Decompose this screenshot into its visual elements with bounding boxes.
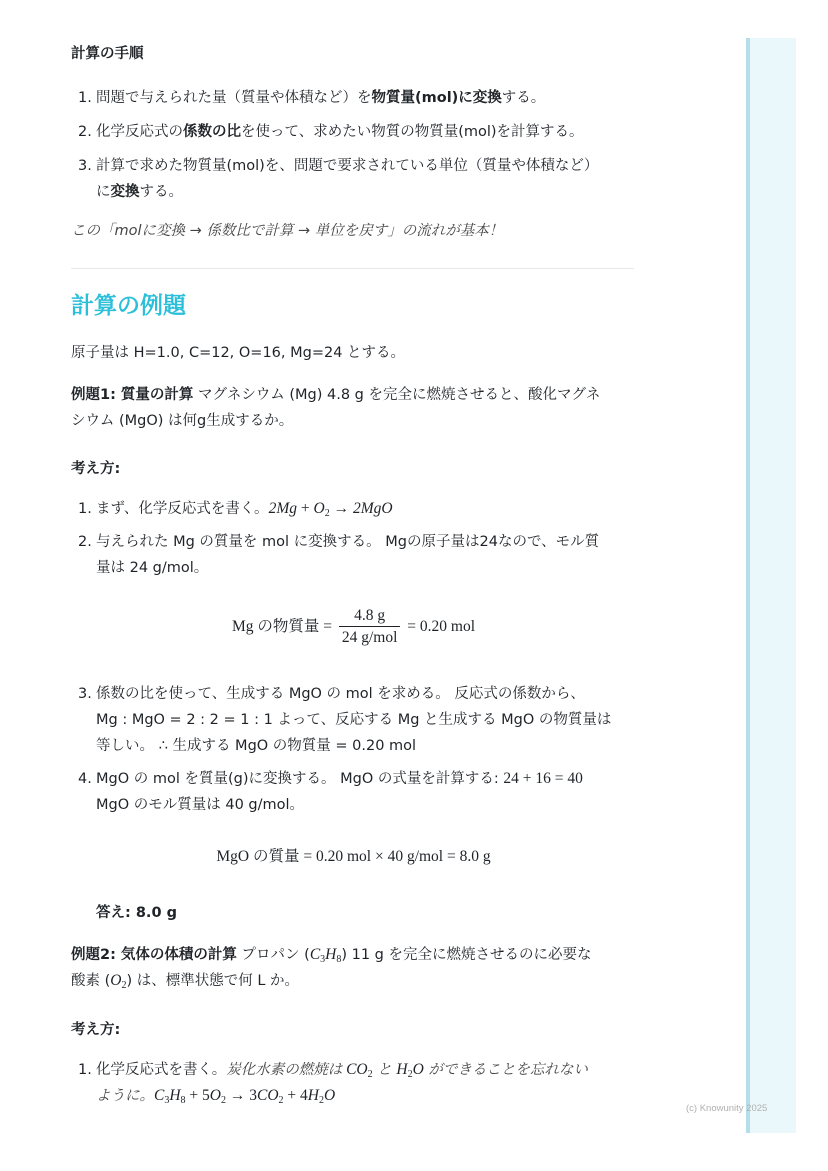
step-item: 3. 計算で求めた物質量(mol)を、問題で要求されている単位（質量や体積など）… [71,153,636,205]
example1-answer: 答え: 8.0 g [96,900,661,926]
divider [71,268,634,269]
reaction-equation: 2Mg + O2 → 2MgO [269,500,393,517]
examples-title: 計算の例題 [71,293,186,319]
fraction: 4.8 g 24 g/mol [339,606,401,649]
example1-approach-label: 考え方: [71,456,120,482]
example1-steps-a: 1. まず、化学反応式を書く。2Mg + O2 → 2MgO 2. 与えられた … [71,496,636,581]
step-item: 2. 与えられた Mg の質量を mol に変換する。 Mgの原子量は24なので… [71,529,636,581]
step-item: 1. 問題で与えられた量（質量や体積など）を物質量(mol)に変換する。 [71,85,636,111]
step-item: 4. MgO の mol を質量(g)に変換する。 MgO の式量を計算する: … [71,766,636,818]
steps-list: 1. 問題で与えられた量（質量や体積など）を物質量(mol)に変換する。 2. … [71,85,636,205]
step-item: 2. 化学反応式の係数の比を使って、求めたい物質の物質量(mol)を計算する。 [71,119,636,145]
example2-steps: 1. 化学反応式を書く。炭化水素の燃焼は CO2 と H2O ができることを忘れ… [71,1057,636,1109]
example2-question: 例題2: 気体の体積の計算 プロパン (C3H8) 11 g を完全に燃焼させる… [71,942,636,994]
copyright-footer: (c) Knowunity 2025 [686,1103,767,1114]
step-item: 1. まず、化学反応式を書く。2Mg + O2 → 2MgO [71,496,636,522]
sidebar-panel [746,38,796,1133]
step-item: 1. 化学反応式を書く。炭化水素の燃焼は CO2 と H2O ができることを忘れ… [71,1057,636,1109]
step-item: 3. 係数の比を使って、生成する MgO の mol を求める。 反応式の係数か… [71,681,636,759]
flow-note: この「molに変換 → 係数比で計算 → 単位を戻す」の流れが基本！ [71,218,636,244]
example2-approach-label: 考え方: [71,1017,120,1043]
propane-combustion-equation: C3H8 + 5O2 → 3CO2 + 4H2O [154,1087,335,1104]
example1-question: 例題1: 質量の計算 マグネシウム (Mg) 4.8 g を完全に燃焼させると、… [71,382,636,434]
steps-title: 計算の手順 [71,41,144,67]
example1-steps-b: 3. 係数の比を使って、生成する MgO の mol を求める。 反応式の係数か… [71,681,636,818]
atomic-masses: 原子量は H=1.0, C=12, O=16, Mg=24 とする。 [71,340,636,366]
equation-mg-moles: Mg の物質量 = 4.8 g 24 g/mol = 0.20 mol [71,606,636,649]
equation-mgo-mass: MgO の質量 = 0.20 mol × 40 g/mol = 8.0 g [71,844,636,870]
